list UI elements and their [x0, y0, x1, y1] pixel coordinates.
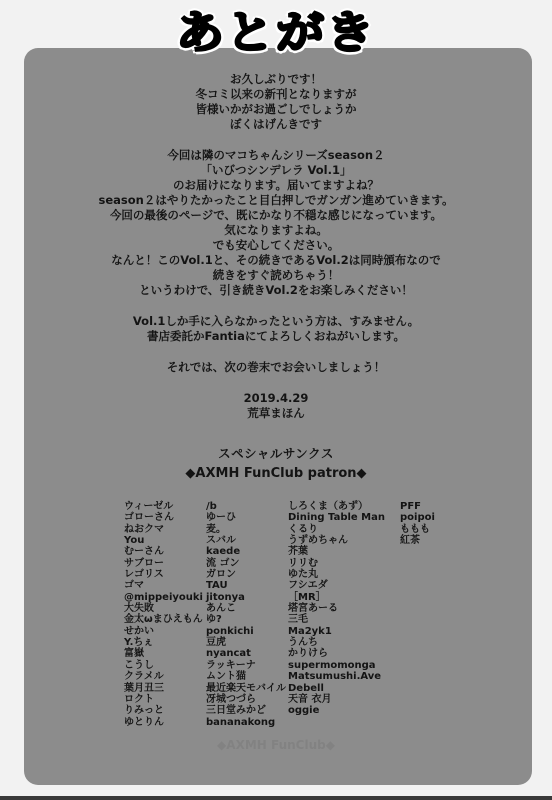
patron-name: ゴマ	[124, 580, 203, 591]
patron-name: Matsumushi.Ave	[288, 671, 385, 682]
patron-heading: ◆AXMH FunClub patron◆	[0, 466, 552, 481]
patron-name: 葉月丑三	[124, 683, 203, 694]
patron-name: 大失敗	[124, 603, 203, 614]
message-line: Vol.1しか手に入らなかったという方は、すみません。	[40, 314, 512, 329]
patron-name: 流 ゴン	[206, 558, 286, 569]
patron-name: しろくま（あず）	[288, 501, 385, 512]
patron-name: 芥葉	[288, 546, 385, 557]
patron-name: @mippeiyouki	[124, 592, 203, 603]
patron-name: 富嶽	[124, 648, 203, 659]
patron-name: あんこ	[206, 603, 286, 614]
patron-name: Debell	[288, 683, 385, 694]
patron-name: Ma2yk1	[288, 626, 385, 637]
patron-name: Dining Table Man	[288, 512, 385, 523]
message-line: season２はやりたかったこと目白押しでガンガン進めていきます。	[40, 193, 512, 208]
patron-name: くるり	[288, 524, 385, 535]
message-line: 書店委託かFantiaにてよろしくおねがいします。	[40, 329, 512, 344]
patron-name: スバル	[206, 535, 286, 546]
message-line: 2019.4.29	[40, 391, 512, 406]
patron-names-column-2: /bゆーひ麦。スバルkaede流 ゴンガロンTAUjitonyaあんこゆ?pon…	[206, 501, 286, 728]
patron-name: むーさん	[124, 546, 203, 557]
patron-name: nyancat	[206, 648, 286, 659]
scan-edge	[0, 796, 552, 800]
message-paragraph: Vol.1しか手に入らなかったという方は、すみません。書店委託かFantiaにて…	[40, 314, 512, 344]
message-line: それでは、次の巻末でお会いしましょう！	[40, 360, 512, 375]
message-paragraph: お久しぶりです！冬コミ以来の新刊となりますが皆様いかがお過ごしでしょうかぼくはげ…	[40, 72, 512, 132]
patron-name: ゆた丸	[288, 569, 385, 580]
patron-name: /b	[206, 501, 286, 512]
patron-names-column-1: ウィーゼルゴローさんねおクマYouむーさんサブローレゴリスゴマ@mippeiyo…	[124, 501, 203, 728]
message-line: ぼくはげんきです	[40, 117, 512, 132]
patron-name: 麦。	[206, 524, 286, 535]
patron-name: うんち	[288, 637, 385, 648]
message-line: 「いびつシンデレラ Vol.1」	[40, 163, 512, 178]
show-through-text: ◆AXMH FunClub◆	[0, 738, 552, 752]
patron-name: 最近楽天モバイル	[206, 683, 286, 694]
patron-name: ねおクマ	[124, 524, 203, 535]
title-area: あとがき	[0, 2, 552, 64]
patron-name: ももも	[400, 524, 435, 535]
patron-name: 三日堂みかど	[206, 705, 286, 716]
patron-name: うずめちゃん	[288, 535, 385, 546]
patron-name: りみっと	[124, 705, 203, 716]
patron-names-column-4: PFFpoipoiももも紅茶	[400, 501, 435, 546]
message-line: 今回の最後のページで、既にかなり不穏な感じになっています。	[40, 208, 512, 223]
patron-name: kaede	[206, 546, 286, 557]
patron-name: ゆとりん	[124, 717, 203, 728]
patron-name: 冴城つづら	[206, 694, 286, 705]
patron-name: クラメル	[124, 671, 203, 682]
message-line: 気になりますよね。	[40, 223, 512, 238]
patron-name: ラッキーナ	[206, 660, 286, 671]
patron-name: ponkichi	[206, 626, 286, 637]
special-thanks-heading: スペシャルサンクス	[0, 444, 552, 462]
patron-name: 天音 衣月	[288, 694, 385, 705]
patron-name: かりけら	[288, 648, 385, 659]
patron-name: You	[124, 535, 203, 546]
patron-name: 紅茶	[400, 535, 435, 546]
patron-name: oggie	[288, 705, 385, 716]
patron-name: bananakong	[206, 717, 286, 728]
patron-name: ガロン	[206, 569, 286, 580]
patron-names-column-3: しろくま（あず）Dining Table Manくるりうずめちゃん芥葉リリむゆた…	[288, 501, 385, 717]
page-title: あとがき	[166, 4, 386, 61]
message-line: 続きをすぐ読めちゃう！	[40, 268, 512, 283]
message-paragraph: 今回は隣のマコちゃんシリーズseason２「いびつシンデレラ Vol.1」のお届…	[40, 148, 512, 298]
patron-name: サブロー	[124, 558, 203, 569]
patron-name: せかい	[124, 626, 203, 637]
patron-name: jitonya	[206, 592, 286, 603]
patron-name: 金太ωまひえもん	[124, 614, 203, 625]
message-line: 荒草まほん	[40, 406, 512, 421]
patron-name: こうし	[124, 660, 203, 671]
message-line: お久しぶりです！	[40, 72, 512, 87]
message-line: というわけで、引き続きVol.2をお楽しみください！	[40, 283, 512, 298]
patron-name: 三毛	[288, 614, 385, 625]
patron-name: ロクト	[124, 694, 203, 705]
afterword-message: お久しぶりです！冬コミ以来の新刊となりますが皆様いかがお過ごしでしょうかぼくはげ…	[40, 72, 512, 437]
patron-name: supermomonga	[288, 660, 385, 671]
patron-name: リリむ	[288, 558, 385, 569]
message-paragraph: 2019.4.29荒草まほん	[40, 391, 512, 421]
message-paragraph: それでは、次の巻末でお会いしましょう！	[40, 360, 512, 375]
message-line: のお届けになります。届いてますよね？	[40, 178, 512, 193]
patron-name: poipoi	[400, 512, 435, 523]
patron-name: フシエダ	[288, 580, 385, 591]
patron-name: ゴローさん	[124, 512, 203, 523]
message-line: 冬コミ以来の新刊となりますが	[40, 87, 512, 102]
patron-name: レゴリス	[124, 569, 203, 580]
message-line: 皆様いかがお過ごしでしょうか	[40, 102, 512, 117]
message-line: なんと！このVol.1と、その続きであるVol.2は同時頒布なので	[40, 253, 512, 268]
patron-name: ゆーひ	[206, 512, 286, 523]
patron-name: PFF	[400, 501, 435, 512]
message-line: 今回は隣のマコちゃんシリーズseason２	[40, 148, 512, 163]
patron-name: ［MR］	[288, 592, 385, 603]
patron-name: ゆ?	[206, 614, 286, 625]
patron-name: ウィーゼル	[124, 501, 203, 512]
patron-name: 豆虎	[206, 637, 286, 648]
patron-name: TAU	[206, 580, 286, 591]
patron-name: ムント猫	[206, 671, 286, 682]
message-line: でも安心してください。	[40, 238, 512, 253]
patron-name: 塔宮あーる	[288, 603, 385, 614]
patron-name: Y.ちぇ	[124, 637, 203, 648]
